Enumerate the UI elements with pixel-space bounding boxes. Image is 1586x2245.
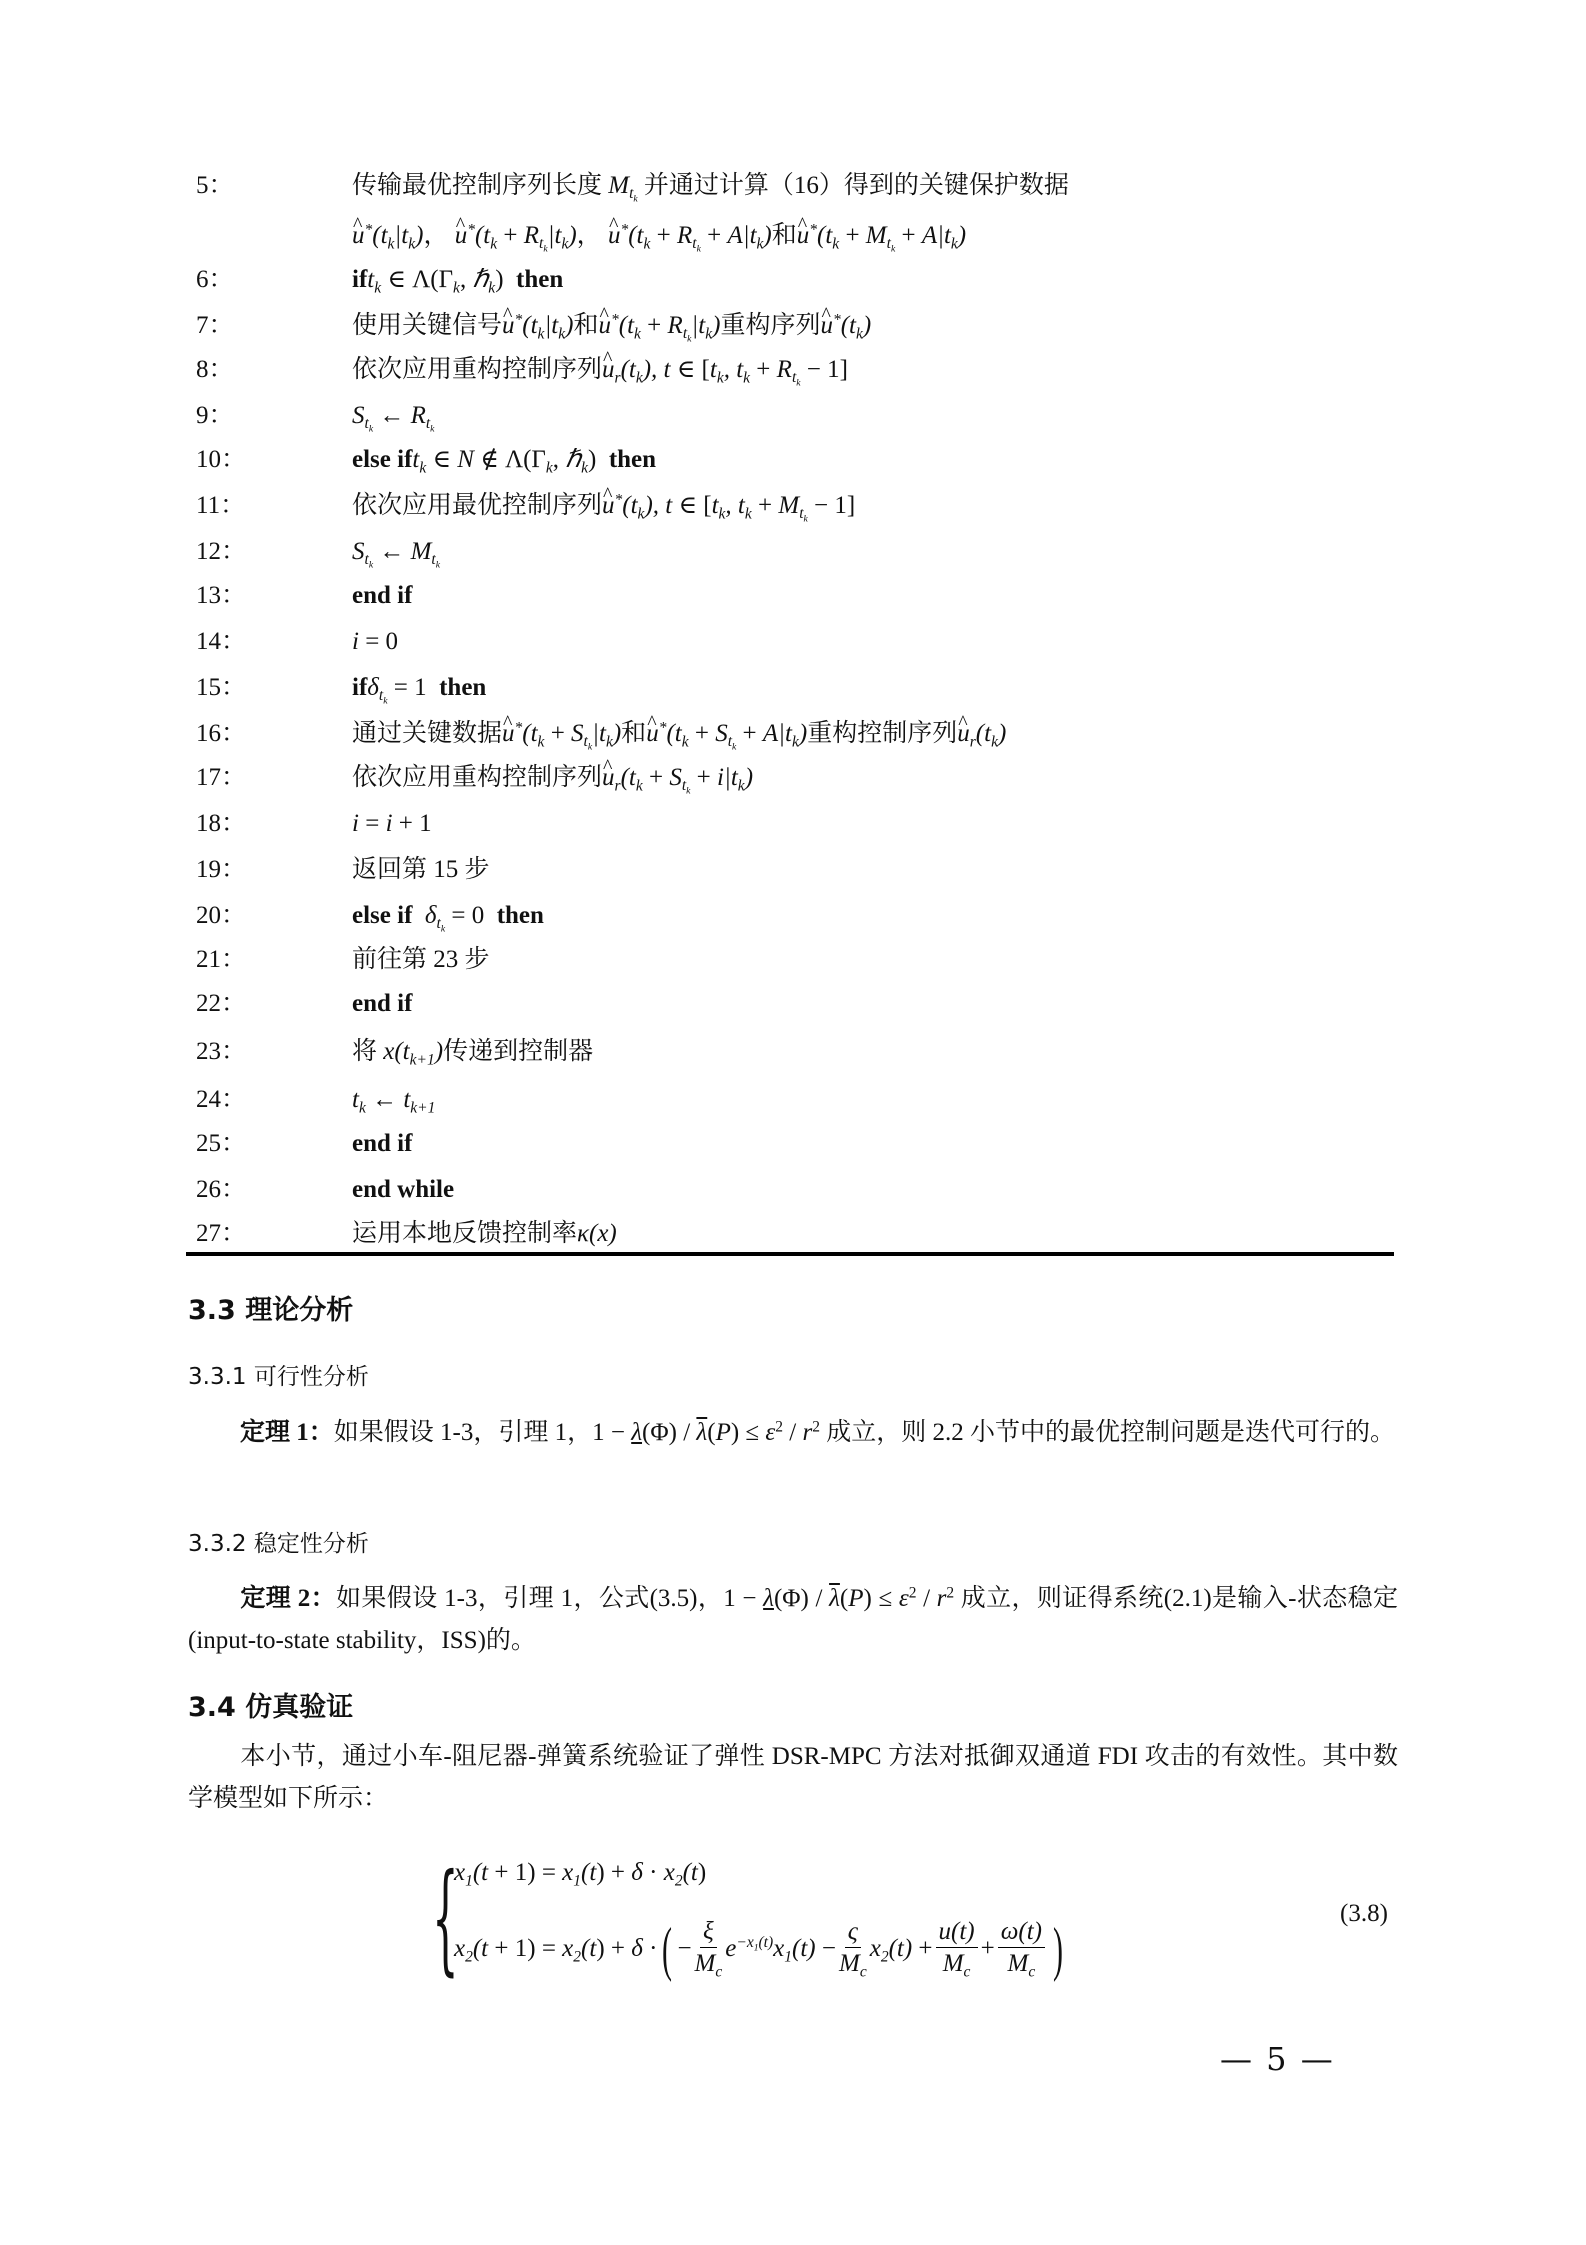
algo-line-14: 14： i = 0 <box>0 622 1586 662</box>
page-number: — 5 — <box>1220 2040 1335 2078</box>
algo-line-16: 16： 通过关键数据u*(tk + Stk|tk)和u*(tk + Stk + … <box>0 714 1586 754</box>
document-page: 5： 传输最优控制序列长度 Mtk 并通过计算（16）得到的关键保护数据 u*(… <box>0 0 1586 2245</box>
algo-line-20: 20： else if δtk = 0 then <box>0 896 1586 936</box>
equation-row-2: x2(t + 1) = x2(t) + δ · ( − ξMc e−x1(t)x… <box>454 1917 1068 1980</box>
equation-3-8: { x1(t + 1) = x1(t) + δ · x2(t) x2(t + 1… <box>432 1855 1192 1995</box>
subsection-heading-3-3-2: 3.3.2 稳定性分析 <box>188 1525 369 1558</box>
algo-line-19: 19： 返回第 15 步 <box>0 850 1586 890</box>
theorem-1: 定理 1：如果假设 1-3，引理 1，1 − λ(Φ) / λ(P) ≤ ε2 … <box>188 1412 1398 1454</box>
algo-line-8: 8： 依次应用重构控制序列ur(tk), t ∈ [tk, tk + Rtk −… <box>0 350 1586 390</box>
section-heading-3-3: 3.3 理论分析 <box>188 1288 353 1327</box>
algo-line-18: 18： i = i + 1 <box>0 804 1586 844</box>
algo-line-12: 12： Stk ← Mtk <box>0 532 1586 572</box>
theorem-2: 定理 2：如果假设 1-3，引理 1，公式(3.5)，1 − λ(Φ) / λ(… <box>188 1578 1398 1662</box>
section-3-4-paragraph: 本小节，通过小车-阻尼器-弹簧系统验证了弹性 DSR-MPC 方法对抵御双通道 … <box>188 1736 1398 1820</box>
algo-line-21: 21： 前往第 23 步 <box>0 940 1586 980</box>
subsection-heading-3-3-1: 3.3.1 可行性分析 <box>188 1358 369 1391</box>
algo-line-17: 17： 依次应用重构控制序列ur(tk + Stk + i|tk) <box>0 758 1586 798</box>
algo-line-22: 22： end if <box>0 984 1586 1024</box>
algorithm-bottom-rule <box>186 1252 1394 1256</box>
algo-line-23: 23： 将 x(tk+1)传递到控制器 <box>0 1032 1586 1072</box>
equation-row-1: x1(t + 1) = x1(t) + δ · x2(t) <box>454 1859 706 1887</box>
algo-line-24: 24： tk ← tk+1 <box>0 1080 1586 1120</box>
algo-line-9: 9： Stk ← Rtk <box>0 396 1586 436</box>
section-heading-3-4: 3.4 仿真验证 <box>188 1685 353 1724</box>
algo-line-10: 10： else iftk ∈ N ∉ Λ(Γk, ℏk) then <box>0 440 1586 480</box>
algo-line-13: 13： end if <box>0 576 1586 616</box>
algo-line-27: 27： 运用本地反馈控制率κ(x) <box>0 1214 1586 1254</box>
algo-line-5-cont: u*(tk|tk)， u*(tk + Rtk|tk)， u*(tk + Rtk … <box>0 216 1586 256</box>
algo-line-26: 26： end while <box>0 1170 1586 1210</box>
algo-line-25: 25： end if <box>0 1124 1586 1164</box>
algo-line-5: 5： 传输最优控制序列长度 Mtk 并通过计算（16）得到的关键保护数据 <box>0 166 1586 206</box>
algo-line-15: 15： ifδtk = 1 then <box>0 668 1586 708</box>
algo-line-6: 6： iftk ∈ Λ(Γk, ℏk) then <box>0 260 1586 300</box>
algo-line-11: 11： 依次应用最优控制序列u*(tk), t ∈ [tk, tk + Mtk … <box>0 486 1586 526</box>
equation-number: (3.8) <box>1340 1900 1388 1928</box>
algo-line-7: 7： 使用关键信号u*(tk|tk)和u*(tk + Rtk|tk)重构序列u*… <box>0 306 1586 346</box>
